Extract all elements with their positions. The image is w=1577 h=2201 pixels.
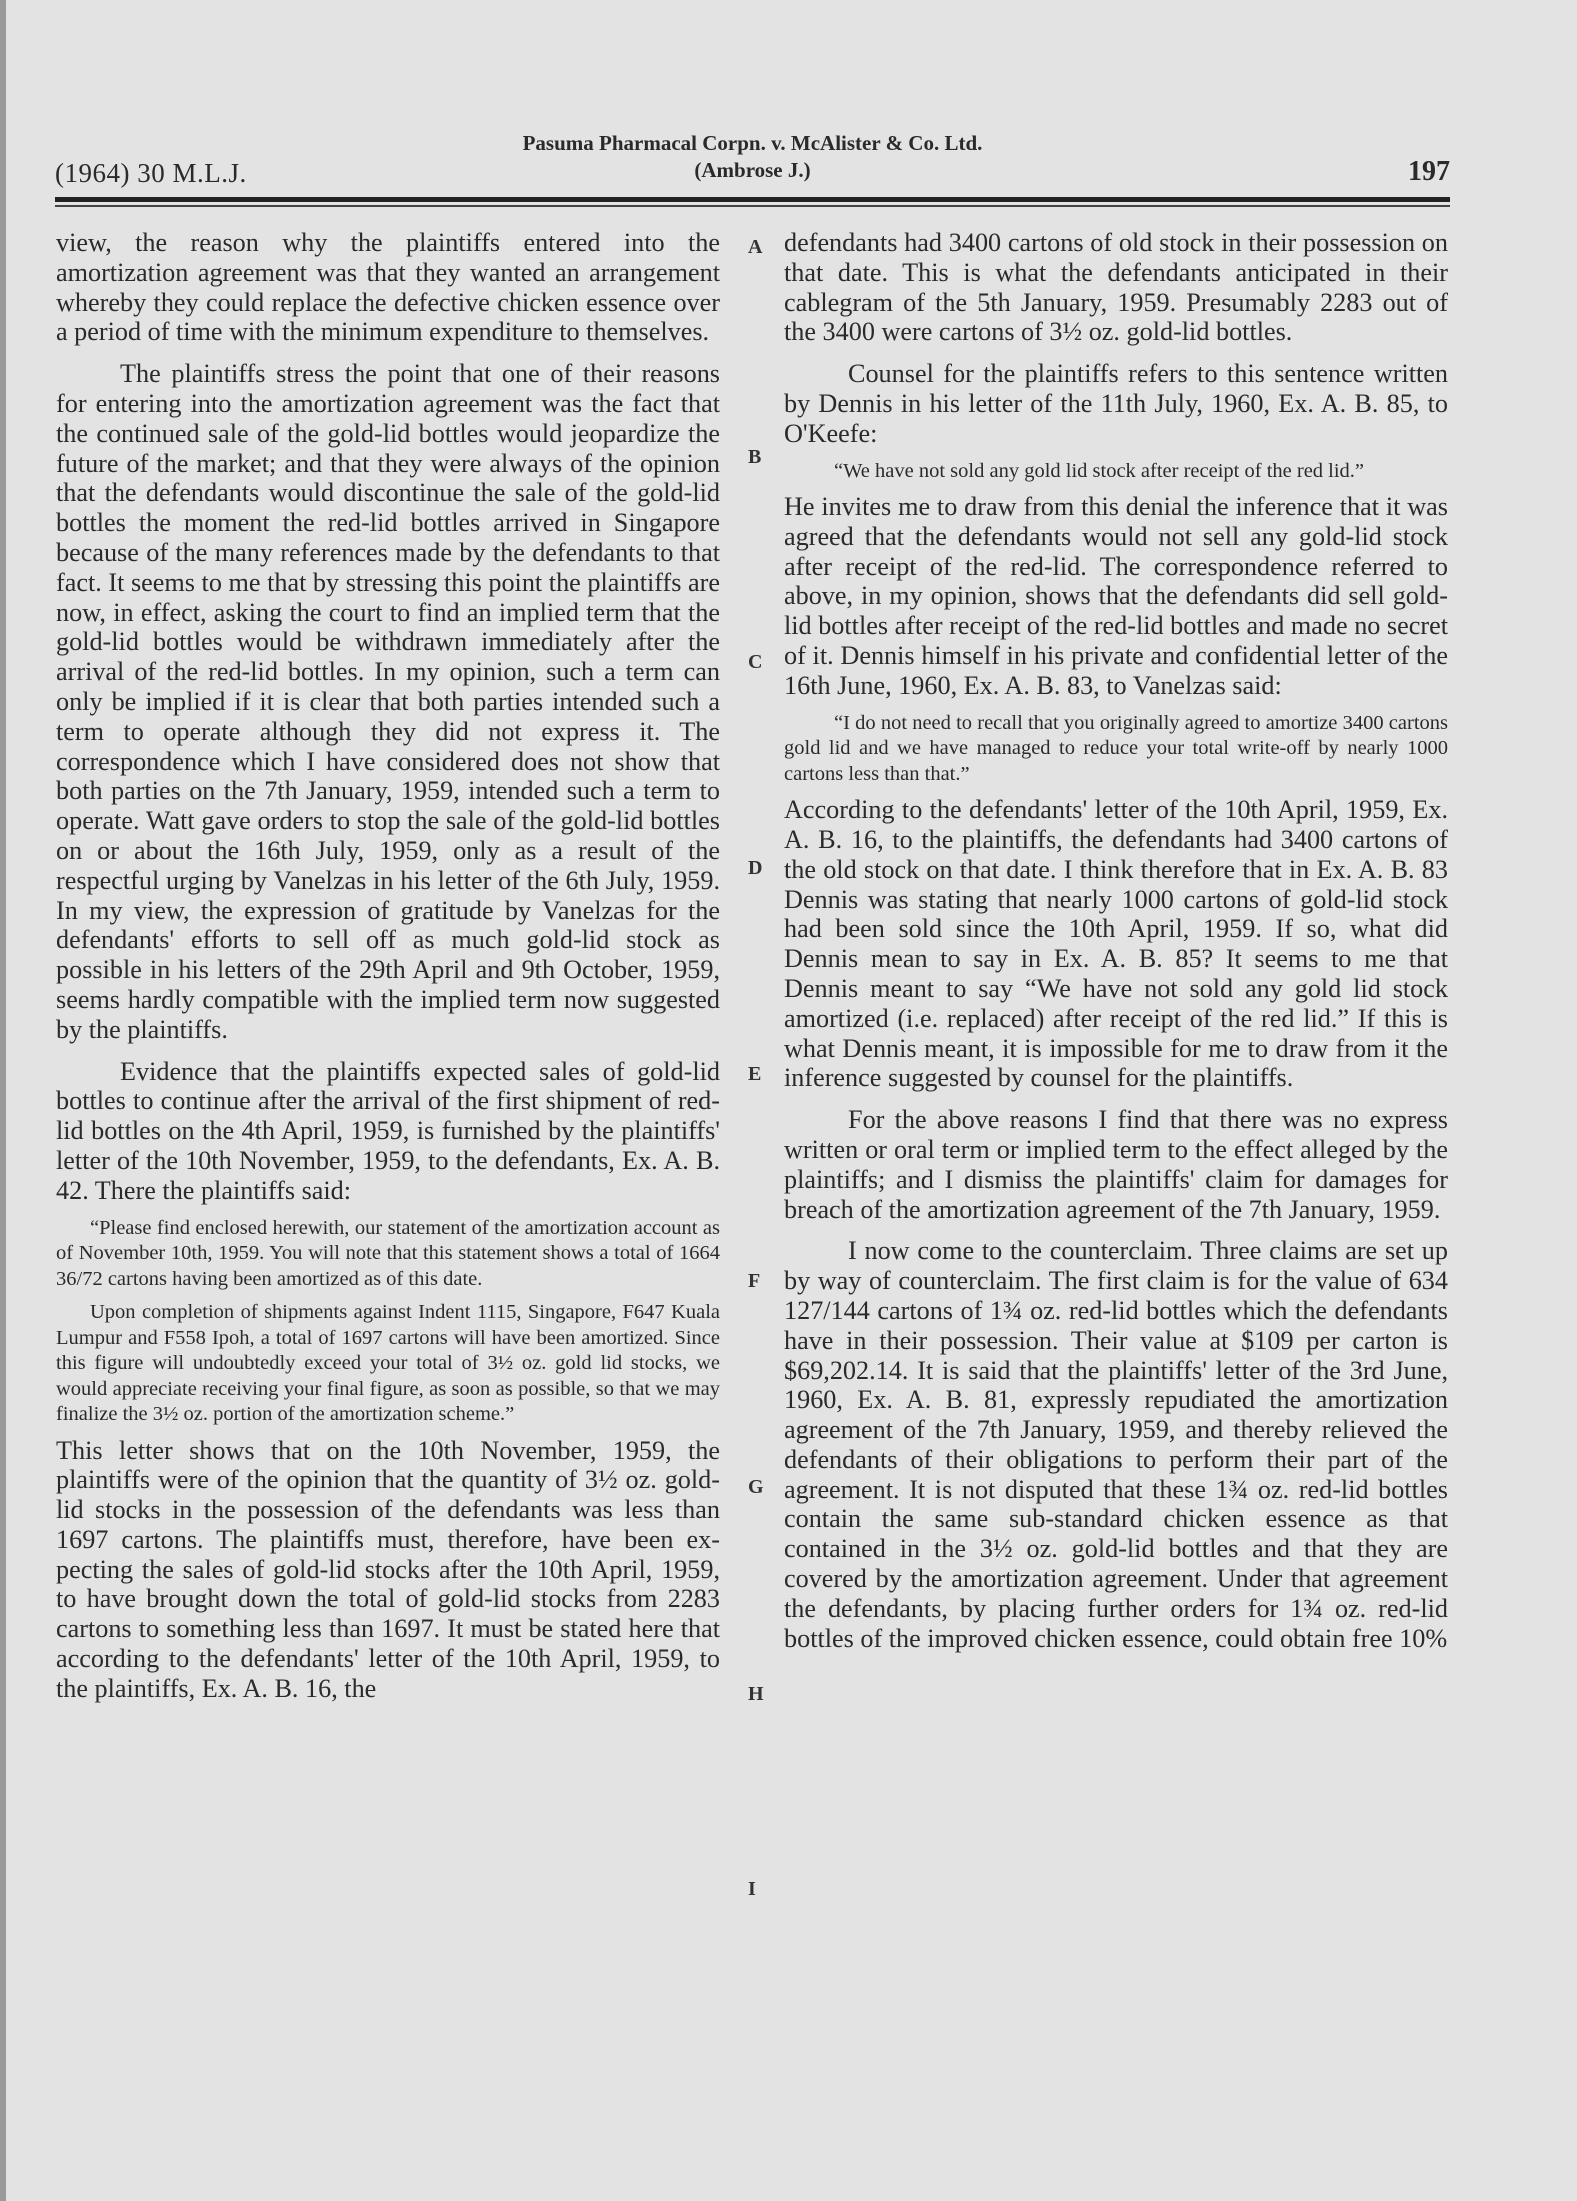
block-quote: “I do not need to recall that you origin… xyxy=(784,711,1448,788)
margin-letter-g: G xyxy=(748,1476,764,1499)
judge-name: (Ambrose J.) xyxy=(55,157,1450,184)
case-title: Pasuma Pharmacal Corpn. v. McAlister & C… xyxy=(55,130,1450,157)
margin-letter-a: A xyxy=(748,236,762,259)
quote-paragraph: “Please find enclosed herewith, our stat… xyxy=(56,1216,720,1293)
quote-paragraph: “We have not sold any gold lid stock aft… xyxy=(784,459,1448,485)
margin-letter-d: D xyxy=(748,857,762,880)
case-title-block: Pasuma Pharmacal Corpn. v. McAlister & C… xyxy=(55,130,1450,184)
margin-letter-c: C xyxy=(748,651,762,674)
header-rule-thin xyxy=(55,205,1450,207)
paragraph: Evidence that the plaintiffs expected sa… xyxy=(56,1057,720,1206)
paragraph: The plaintiffs stress the point that one… xyxy=(56,359,720,1044)
margin-letter-e: E xyxy=(748,1063,761,1086)
paragraph: I now come to the counterclaim. Three cl… xyxy=(784,1236,1448,1653)
margin-letter-f: F xyxy=(748,1270,760,1293)
paragraph: He invites me to draw from this denial t… xyxy=(784,492,1448,701)
paragraph: For the above reasons I find that there … xyxy=(784,1105,1448,1224)
page-number: 197 xyxy=(1408,156,1450,188)
header-rule-thick xyxy=(55,197,1450,202)
paragraph: view, the reason why the plaintiffs ente… xyxy=(56,228,720,347)
paragraph: Counsel for the plaintiffs refers to thi… xyxy=(784,359,1448,448)
paragraph: According to the defendants' letter of t… xyxy=(784,795,1448,1093)
paragraph: This letter shows that on the 10th Novem… xyxy=(56,1436,720,1704)
block-quote-letter: “Please find enclosed herewith, our stat… xyxy=(56,1216,720,1428)
scan-page-edge xyxy=(0,0,6,2201)
quote-paragraph: “I do not need to recall that you origin… xyxy=(784,711,1448,788)
left-column: view, the reason why the plaintiffs ente… xyxy=(56,228,720,1704)
running-header: (1964) 30 M.L.J. Pasuma Pharmacal Corpn.… xyxy=(55,130,1450,190)
right-column: defendants had 3400 cartons of old stock… xyxy=(784,228,1448,1653)
margin-letter-i: I xyxy=(748,1878,756,1901)
block-quote: “We have not sold any gold lid stock aft… xyxy=(784,459,1448,485)
quote-paragraph: Upon completion of shipments against Ind… xyxy=(56,1300,720,1428)
margin-letter-b: B xyxy=(748,446,761,469)
paragraph: defendants had 3400 cartons of old stock… xyxy=(784,228,1448,347)
margin-letter-h: H xyxy=(748,1683,764,1706)
